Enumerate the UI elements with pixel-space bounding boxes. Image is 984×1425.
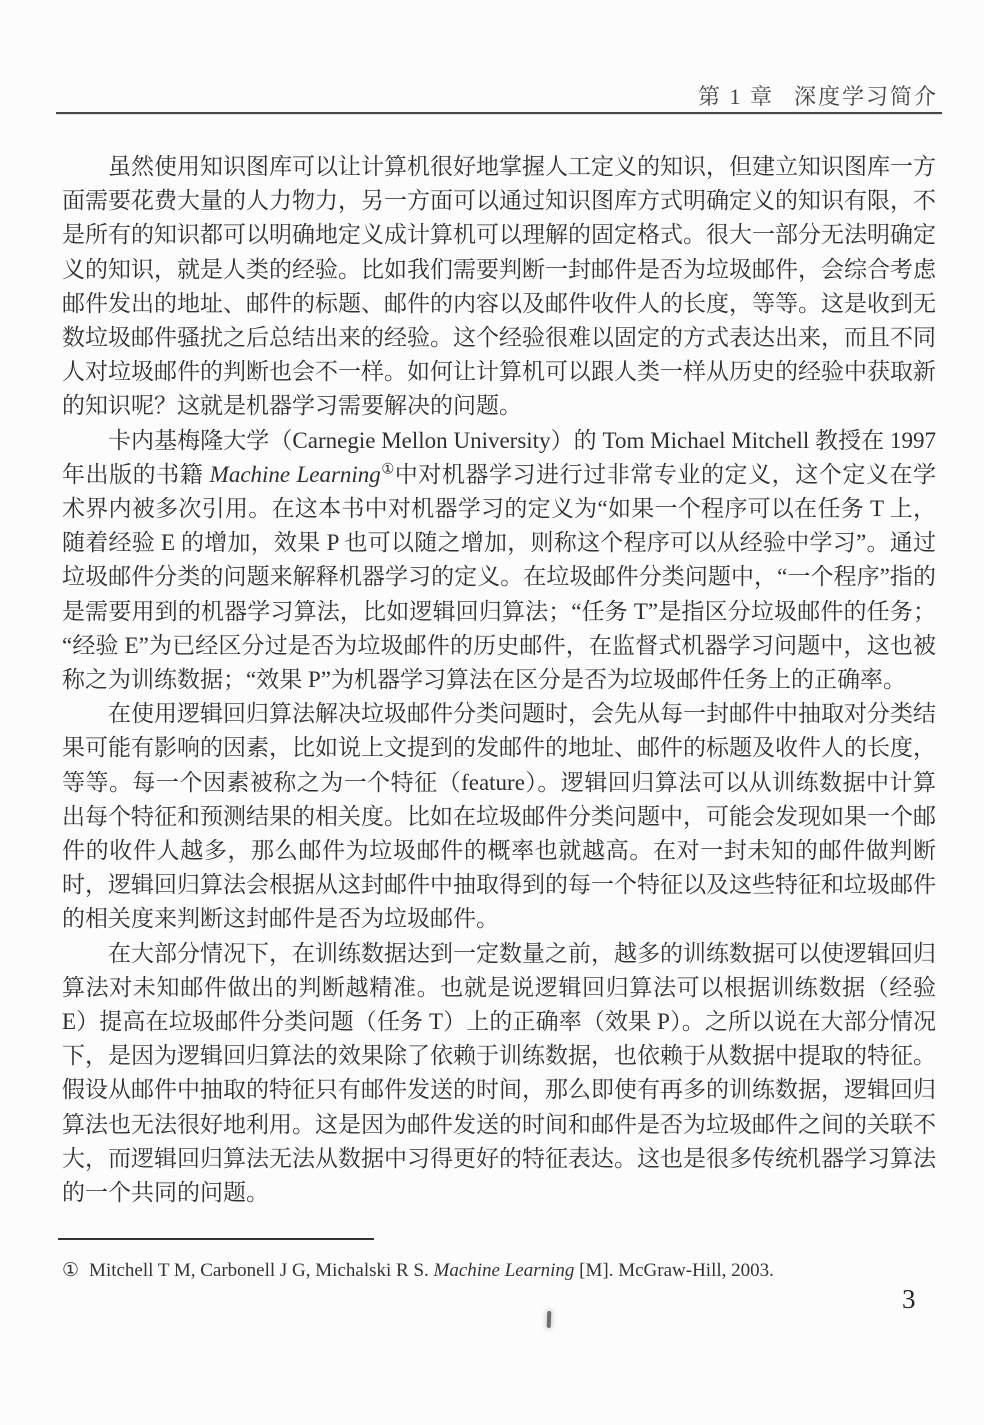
- paragraph-mitchell-definition: 卡内基梅隆大学（Carnegie Mellon University）的 Tom…: [62, 424, 936, 698]
- paragraph-training-data: 在大部分情况下，在训练数据达到一定数量之前，越多的训练数据可以使逻辑回归算法对未…: [62, 937, 936, 1211]
- chapter-title: 深度学习简介: [794, 84, 938, 109]
- book-page: 第 1 章深度学习简介 虽然使用知识图库可以让计算机很好地掌握人工定义的知识，但…: [0, 0, 984, 1425]
- footnote-publisher: [M]. McGraw-Hill, 2003.: [574, 1260, 773, 1281]
- page-number: 3: [902, 1284, 916, 1315]
- paragraph-2-post: 中对机器学习进行过非常专业的定义，这个定义在学术界内被多次引用。在这本书中对机器…: [62, 462, 936, 692]
- footnote-authors: Mitchell T M, Carbonell J G, Michalski R…: [89, 1260, 433, 1281]
- running-head: 第 1 章深度学习简介: [60, 80, 938, 111]
- scan-artifact-mark: [547, 1311, 552, 1328]
- footnote-reference-mark: ①: [381, 461, 395, 477]
- footnote: ①Mitchell T M, Carbonell J G, Michalski …: [62, 1258, 912, 1284]
- header-rule: [56, 112, 942, 114]
- body-text: 虽然使用知识图库可以让计算机很好地掌握人工定义的知识，但建立知识图库一方面需要花…: [62, 150, 936, 1210]
- footnote-rule: [58, 1238, 374, 1240]
- paragraph-logistic-regression: 在使用逻辑回归算法解决垃圾邮件分类问题时，会先从每一封邮件中抽取对分类结果可能有…: [62, 697, 936, 936]
- book-title-machine-learning: Machine Learning: [210, 462, 381, 487]
- paragraph-knowledge-base: 虽然使用知识图库可以让计算机很好地掌握人工定义的知识，但建立知识图库一方面需要花…: [62, 150, 936, 424]
- footnote-marker: ①: [62, 1260, 79, 1281]
- footnote-book-title: Machine Learning: [434, 1260, 575, 1281]
- chapter-number: 第 1 章: [698, 84, 774, 109]
